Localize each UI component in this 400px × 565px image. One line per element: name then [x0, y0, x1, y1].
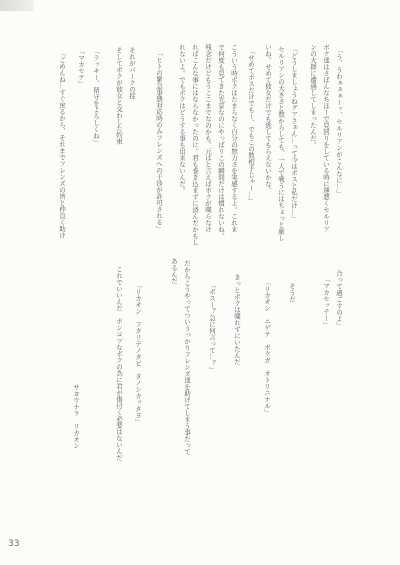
text-column: ればこんな事にはならなかったのに。君も巻き込まずに済んだかもし — [188, 44, 201, 246]
text-column: で何度も見てきた光景なのにやっぱりこの瞬間だけは慣れないね。 — [214, 44, 227, 246]
text-column: ンの大群に遭遇してしまったんだ。 — [306, 44, 319, 246]
text-column: 「ごめんね…すぐ戻るから、それまでフレンズの皆と仲良く助け — [55, 44, 68, 246]
text-column: そうだ — [285, 258, 298, 470]
text-column: 「マカセテ」 — [74, 44, 87, 246]
text-column: 「せめてボスだけでもー、でもこの数相手じゃー…」 — [244, 44, 257, 246]
text-column: そしてボクが彼女と交わした約束 — [112, 44, 125, 246]
text-column: 「ヒトの緊急事態対応時のみフレンズへの干渉が許可される」 — [152, 44, 165, 246]
text-column: きっとボクは喋れずにいたんだ — [230, 258, 243, 470]
text-column: いね。せめて彼女だけでも逃してもらえないかな。 — [261, 44, 274, 246]
text-band-upper: 「う、うわぁぁぁーッ、セルリアンがこんなに…」ボク達はさばんなちほーで見回りをし… — [55, 44, 345, 246]
text-column: それがパークの掟 — [125, 44, 138, 246]
scan-artifact — [0, 0, 34, 11]
text-column: 「マカセッテー」 — [319, 258, 332, 470]
text-column: だからこうやってついうっかりフレンズ達を助けてしまう事だって — [180, 258, 193, 470]
text-column: セルリアンの大きさと数からしても、一人で戦うにはちょっと厳し — [274, 44, 287, 246]
page-number: 33 — [8, 539, 19, 549]
text-column: こういう時ボクはたまらなく自分の無力さを実感するよ。これま — [227, 44, 240, 246]
text-column: 「ラッキー、留守をよろしくね」 — [89, 44, 102, 246]
text-column: 「う、うわぁぁぁーッ、セルリアンがこんなに…」 — [332, 44, 345, 246]
scanned-book-page: 「う、うわぁぁぁーッ、セルリアンがこんなに…」ボク達はさばんなちほーで見回りをし… — [0, 0, 400, 565]
text-column: ボク達はさばんなちほーで見回りをしている時に運悪くセルリア — [319, 44, 332, 246]
text-column: 合って過ごすのよ」 — [332, 258, 345, 470]
text-column: あるんだ — [167, 258, 180, 470]
text-column: 「どうしましょうねグアさぁん…って今はボスと私だけ…」 — [287, 44, 300, 246]
text-column: これでいいんだ ポンコツなボクの為に君が傷付く必要はないんだ — [112, 258, 125, 470]
text-column: 「リカオン ニゲテ ボクガ オトリニナル」 — [260, 258, 273, 470]
text-column: サヨウナラ リカオン — [69, 258, 82, 470]
text-column: れないよ。でもボクはどうする事も出来ないんだ。 — [175, 44, 188, 246]
text-band-lower: 合って過ごすのよ」「マカセッテー」そうだ「リカオン ニゲテ ボクガ オトリニナル… — [69, 258, 345, 470]
text-column: 「ボスー？急に何言って…？」 — [205, 258, 218, 470]
text-column: 「リカオン フタリデノタビ タノシカッタヨ」 — [131, 258, 144, 470]
text-column: 残念だけどもうここまでなのかも。元はと言えばボクが喋らなけ — [201, 44, 214, 246]
